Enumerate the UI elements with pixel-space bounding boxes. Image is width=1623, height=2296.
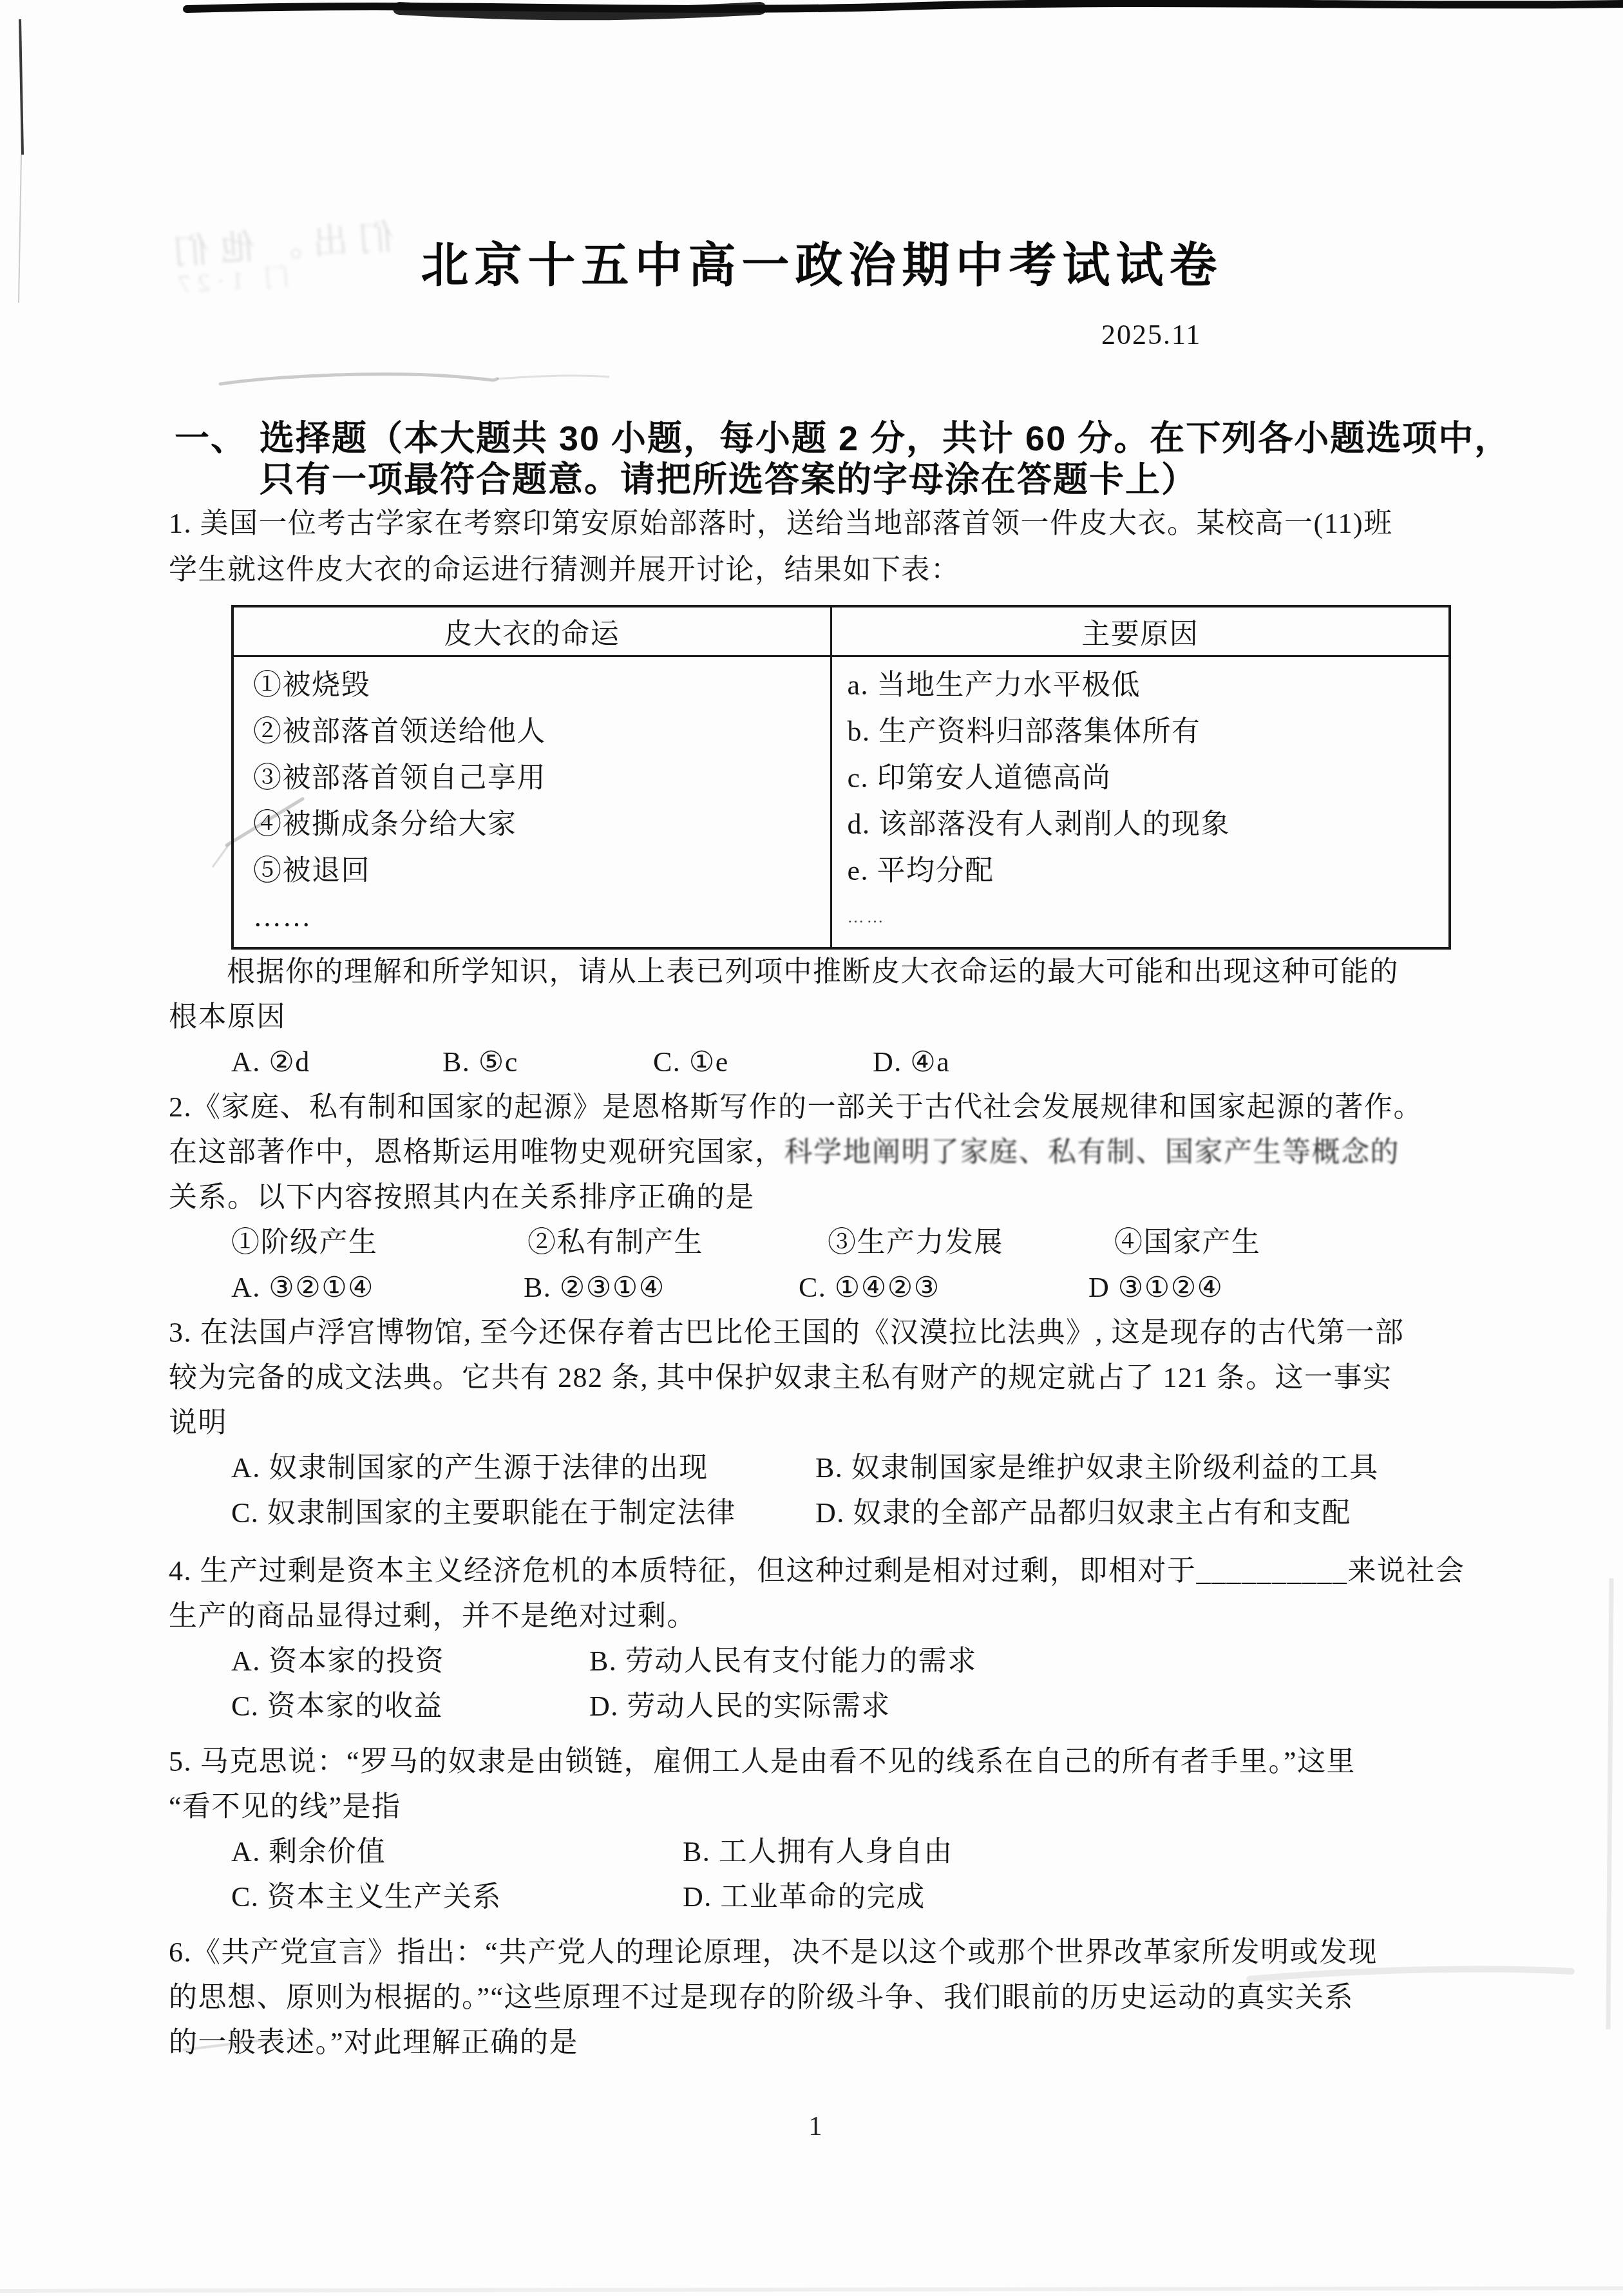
q5-option-a: A. 剩余价值 bbox=[231, 1830, 683, 1875]
q2-option-b: B. ②③①④ bbox=[524, 1265, 799, 1310]
page-number: 1 bbox=[156, 2110, 1475, 2143]
q4-option-d: D. 劳动人民的实际需求 bbox=[589, 1684, 891, 1729]
q6-stem-line2: 的思想、原则为根据的。”“这些原理不过是现存的阶级斗争、我们眼前的历史运动的真实… bbox=[169, 1975, 1475, 2020]
reason-item-b: b. 生产资料归部落集体所有 bbox=[848, 709, 1448, 755]
fate-item-3: ③被部落首领自己享用 bbox=[253, 755, 830, 801]
reason-item-ellipsis: …… bbox=[848, 894, 1448, 941]
q3-option-a: A. 奴隶制国家的产生源于法律的出现 bbox=[231, 1446, 815, 1491]
q3-options-row-cd: C. 奴隶制国家的主要职能在于制定法律 D. 奴隶的全部产品都归奴隶主占有和支配 bbox=[231, 1491, 1475, 1536]
q4-stem-line1: 4. 生产过剩是资本主义经济危机的本质特征，但这种过剩是相对过剩，即相对于___… bbox=[169, 1549, 1475, 1594]
q5-stem-line2: “看不见的线”是指 bbox=[169, 1784, 1475, 1830]
q2-item-3: ③生产力发展 bbox=[828, 1220, 1114, 1265]
q3-stem-line1: 3. 在法国卢浮宫博物馆, 至今还保存着古巴比伦王国的《汉漠拉比法典》, 这是现… bbox=[169, 1310, 1475, 1355]
q3-options-row-ab: A. 奴隶制国家的产生源于法律的出现 B. 奴隶制国家是维护奴隶主阶级利益的工具 bbox=[231, 1446, 1475, 1491]
q5-stem-line1: 5. 马克思说：“罗马的奴隶是由锁链，雇佣工人是由看不见的线系在自己的所有者手里… bbox=[169, 1739, 1475, 1784]
q1-table-header-fate: 皮大衣的命运 bbox=[233, 606, 831, 656]
q4-options-row-cd: C. 资本家的收益 D. 劳动人民的实际需求 bbox=[231, 1684, 1475, 1729]
q2-items-row: ①阶级产生 ②私有制产生 ③生产力发展 ④国家产生 bbox=[231, 1220, 1475, 1265]
q3-option-c: C. 奴隶制国家的主要职能在于制定法律 bbox=[231, 1491, 815, 1536]
q5-options-row-ab: A. 剩余价值 B. 工人拥有人身自由 bbox=[231, 1830, 1475, 1875]
q4-options-row-ab: A. 资本家的投资 B. 劳动人民有支付能力的需求 bbox=[231, 1639, 1475, 1684]
fate-item-2: ②被部落首领送给他人 bbox=[253, 709, 830, 755]
q3-stem-line2: 较为完备的成文法典。它共有 282 条, 其中保护奴隶主私有财产的规定就占了 1… bbox=[169, 1355, 1475, 1401]
q4-option-a: A. 资本家的投资 bbox=[231, 1639, 589, 1684]
section-heading-line1: 一、 选择题（本大题共 30 小题，每小题 2 分，共计 60 分。在下列各小题… bbox=[169, 418, 1475, 459]
q1-table-header-reason: 主要原因 bbox=[831, 606, 1450, 656]
q1-option-c: C. ①e bbox=[653, 1040, 873, 1085]
exam-title: 北京十五中高一政治期中考试试卷 bbox=[169, 236, 1475, 295]
q1-option-d: D. ④a bbox=[873, 1040, 950, 1085]
q1-options-row: A. ②d B. ⑤c C. ①e D. ④a bbox=[231, 1040, 1475, 1085]
reason-item-a: a. 当地生产力水平极低 bbox=[848, 662, 1448, 709]
q2-item-4: ④国家产生 bbox=[1114, 1220, 1261, 1265]
exam-paper-page: 们出。他们 门 1·27 北京十五中高一政治期中考试试卷 2025.11 一、 … bbox=[0, 0, 1623, 2296]
q1-option-a: A. ②d bbox=[231, 1040, 442, 1085]
q1-option-b: B. ⑤c bbox=[442, 1040, 653, 1085]
fate-item-5: ⑤被退回 bbox=[253, 848, 830, 894]
q1-table: 皮大衣的命运 主要原因 ①被烧毁 ②被部落首领送给他人 ③被部落首领自己享用 ④… bbox=[231, 605, 1451, 950]
scan-edge-left bbox=[20, 19, 23, 155]
section-number: 一、 bbox=[169, 418, 260, 459]
q1-stem-line1: 1. 美国一位考古学家在考察印第安原始部落时，送给当地部落首领一件皮大衣。某校高… bbox=[169, 501, 1475, 547]
scan-edge-bottom bbox=[0, 2288, 1623, 2291]
q1-table-header-row: 皮大衣的命运 主要原因 bbox=[233, 606, 1450, 656]
q4-stem-line2: 生产的商品显得过剩，并不是绝对过剩。 bbox=[169, 1594, 1475, 1639]
q2-option-c: C. ①④②③ bbox=[799, 1265, 1088, 1310]
q3-stem-line3: 说明 bbox=[169, 1401, 1475, 1446]
q5-option-b: B. 工人拥有人身自由 bbox=[683, 1830, 953, 1875]
q1-table-cell-reason: a. 当地生产力水平极低 b. 生产资料归部落集体所有 c. 印第安人道德高尚 … bbox=[831, 656, 1450, 949]
q2-options-row: A. ③②①④ B. ②③①④ C. ①④②③ D ③①②④ bbox=[231, 1265, 1475, 1310]
q2-stem-line2-start: 在这部著作中，恩格斯运用唯物史观研究国家， bbox=[169, 1136, 784, 1168]
q4-option-c: C. 资本家的收益 bbox=[231, 1684, 589, 1729]
q2-item-2: ②私有制产生 bbox=[527, 1220, 828, 1265]
fate-item-1: ①被烧毁 bbox=[253, 662, 830, 709]
q1-table-body-row: ①被烧毁 ②被部落首领送给他人 ③被部落首领自己享用 ④被撕成条分给大家 ⑤被退… bbox=[233, 656, 1450, 949]
q4-option-b: B. 劳动人民有支付能力的需求 bbox=[589, 1639, 977, 1684]
q3-option-d: D. 奴隶的全部产品都归奴隶主占有和支配 bbox=[815, 1491, 1351, 1536]
reason-item-e: e. 平均分配 bbox=[848, 848, 1448, 894]
q2-option-d: D ③①②④ bbox=[1088, 1265, 1224, 1310]
q1-followup-line1: 根据你的理解和所学知识，请从上表已列项中推断皮大衣命运的最大可能和出现这种可能的 bbox=[169, 950, 1475, 995]
reason-item-d: d. 该部落没有人剥削人的现象 bbox=[848, 801, 1448, 848]
q6-stem-line1: 6.《共产党宣言》指出：“共产党人的理论原理，决不是以这个或那个世界改革家所发明… bbox=[169, 1930, 1475, 1975]
q5-option-d: D. 工业革命的完成 bbox=[683, 1875, 925, 1920]
q5-option-c: C. 资本主义生产关系 bbox=[231, 1875, 683, 1920]
fate-item-ellipsis: …… bbox=[253, 894, 830, 941]
q6-stem-line3: 的一般表述。”对此理解正确的是 bbox=[169, 2020, 1475, 2065]
fate-item-4: ④被撕成条分给大家 bbox=[253, 801, 830, 848]
q2-stem-line1: 2.《家庭、私有制和国家的起源》是恩格斯写作的一部关于古代社会发展规律和国家起源… bbox=[169, 1085, 1475, 1130]
q1-stem-line2: 学生就这件皮大衣的命运进行猜测并展开讨论，结果如下表： bbox=[169, 547, 1475, 593]
q1-table-cell-fate: ①被烧毁 ②被部落首领送给他人 ③被部落首领自己享用 ④被撕成条分给大家 ⑤被退… bbox=[233, 656, 831, 949]
scan-edge-left-faint bbox=[19, 155, 21, 303]
scan-edge-right bbox=[1608, 1578, 1611, 2029]
q2-item-1: ①阶级产生 bbox=[231, 1220, 527, 1265]
section-heading-text: 选择题（本大题共 30 小题，每小题 2 分，共计 60 分。在下列各小题选项中… bbox=[260, 418, 1510, 459]
reason-item-c: c. 印第安人道德高尚 bbox=[848, 755, 1448, 801]
q2-option-a: A. ③②①④ bbox=[231, 1265, 524, 1310]
q5-options-row-cd: C. 资本主义生产关系 D. 工业革命的完成 bbox=[231, 1875, 1475, 1920]
q3-option-b: B. 奴隶制国家是维护奴隶主阶级利益的工具 bbox=[815, 1446, 1379, 1491]
exam-date: 2025.11 bbox=[1101, 318, 1475, 352]
exam-content: 北京十五中高一政治期中考试试卷 2025.11 一、 选择题（本大题共 30 小… bbox=[169, 0, 1475, 2143]
q2-stem-line2-smudged: 科学地阐明了家庭、私有制、国家产生等概念的 bbox=[784, 1136, 1400, 1168]
q2-stem-line3: 关系。以下内容按照其内在关系排序正确的是 bbox=[169, 1175, 1475, 1220]
q2-stem-line2: 在这部著作中，恩格斯运用唯物史观研究国家，科学地阐明了家庭、私有制、国家产生等概… bbox=[169, 1130, 1475, 1175]
q1-followup-line2: 根本原因 bbox=[169, 995, 1475, 1040]
section-heading-line2: 只有一项最符合题意。请把所选答案的字母涂在答题卡上） bbox=[260, 459, 1475, 501]
